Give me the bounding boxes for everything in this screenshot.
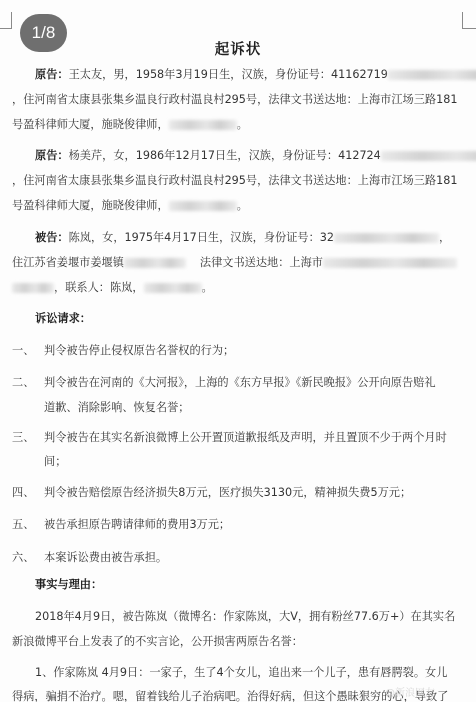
period: 。	[237, 118, 248, 131]
redacted-id	[388, 70, 476, 80]
comma: ，	[439, 231, 450, 244]
claim-text: 判令被告赔偿原告经济损失8万元，医疗损失3130元，精神损失费5万元；	[44, 485, 411, 501]
redacted-address-cont	[12, 283, 54, 293]
redacted-phone	[144, 283, 202, 293]
plaintiff1-info: 王太友，男，1958年3月19日生，汉族，身份证号：41162719	[69, 68, 388, 81]
claim-text-cont: 间；	[44, 454, 66, 470]
claim-number: 一、	[12, 343, 34, 359]
facts-para2-line2: 得病，骗捐不治疗。嗯，留着钱给儿子治病吧。治得好病，但这个愚昧狠穷的心，导致了	[12, 689, 448, 702]
defendant-contact: ，联系人：陈岚，	[54, 281, 144, 294]
plaintiff1-line3: 号盈科律师大厦，施晓俊律师，。	[12, 117, 248, 133]
claim-number: 六、	[12, 550, 34, 566]
claim-number: 五、	[12, 517, 34, 533]
claim-number: 三、	[12, 430, 34, 446]
defendant-label: 被告：	[35, 231, 69, 244]
plaintiff1-label: 原告：	[35, 68, 69, 81]
claims-heading: 诉讼请求：	[35, 311, 91, 327]
defendant-line2: 住江苏省姜堰市姜堰镇法律文书送达地：上海市	[12, 255, 457, 271]
plaintiff2-info: 杨美芹，女，1986年12月17日生，汉族，身份证号：412724	[69, 149, 381, 162]
defendant-service-address: 法律文书送达地：上海市	[200, 256, 323, 269]
redacted-id	[334, 233, 439, 243]
watermark: @新浪网友	[385, 684, 435, 699]
period: 。	[237, 199, 248, 212]
claim-text: 判令被告停止侵权原告名誉权的行为；	[44, 343, 234, 359]
facts-heading: 事实与理由：	[35, 577, 102, 593]
defendant-line1: 被告：陈岚，女，1975年4月17日生，汉族，身份证号：32，	[35, 230, 450, 246]
redacted-service-address	[323, 258, 457, 268]
plaintiff2-label: 原告：	[35, 149, 69, 162]
redacted-phone	[169, 201, 237, 211]
plaintiff1-lawyer: 号盈科律师大厦，施晓俊律师，	[12, 118, 169, 131]
document-title: 起诉状	[0, 38, 476, 59]
claim-text: 判令被告在河南的《大河报》，上海的《东方早报》《新民晚报》公开向原告赔礼	[44, 375, 436, 391]
redacted-phone	[169, 120, 237, 130]
plaintiff1-line2: ，住河南省太康县张集乡温良行政村温良村295号，法律文书送达地：上海市江场三路1…	[12, 92, 457, 108]
claim-text-cont: 道歉、消除影响、恢复名誉；	[44, 400, 189, 416]
facts-para1-line2: 新浪微博平台上发表了的不实言论，公开损害两原告名誉：	[12, 634, 303, 650]
document-page: 1/8 起诉状 原告：王太友，男，1958年3月19日生，汉族，身份证号：411…	[0, 0, 476, 702]
facts-para2-line1: 1、作家陈岚 4月9日：一家子，生了4个女儿，追出来一个儿子，患有唇腭裂。女儿	[35, 665, 447, 681]
redacted-address	[124, 258, 186, 268]
claim-text: 被告承担原告聘请律师的费用3万元；	[44, 517, 230, 533]
defendant-address: 住江苏省姜堰市姜堰镇	[12, 256, 124, 269]
claim-number: 二、	[12, 375, 34, 391]
defendant-line3: ，联系人：陈岚，。	[12, 280, 213, 296]
plaintiff2-line3: 号盈科律师大厦，施晓俊律师，。	[12, 198, 248, 214]
claim-text: 判令被告在其实名新浪微博上公开置顶道歉报纸及声明，并且置顶不少于两个月时	[44, 430, 447, 446]
plaintiff2-line1: 原告：杨美芹，女，1986年12月17日生，汉族，身份证号：412724	[35, 148, 476, 164]
page-corner-mark-right	[462, 12, 476, 29]
plaintiff1-line1: 原告：王太友，男，1958年3月19日生，汉族，身份证号：41162719	[35, 67, 476, 83]
page-corner-mark-left	[0, 12, 12, 29]
redacted-id	[381, 151, 476, 161]
defendant-info: 陈岚，女，1975年4月17日生，汉族，身份证号：32	[69, 231, 334, 244]
plaintiff2-line2: ，住河南省太康县张集乡温良行政村温良村295号，法律文书送达地：上海市江场三路1…	[12, 173, 457, 189]
facts-para1-line1: 2018年4月9日，被告陈岚（微博名：作家陈岚，大V，拥有粉丝77.6万+）在其…	[35, 609, 455, 625]
claim-text: 本案诉讼费由被告承担。	[44, 550, 167, 566]
period: 。	[202, 281, 213, 294]
plaintiff2-lawyer: 号盈科律师大厦，施晓俊律师，	[12, 199, 169, 212]
claim-number: 四、	[12, 485, 34, 501]
